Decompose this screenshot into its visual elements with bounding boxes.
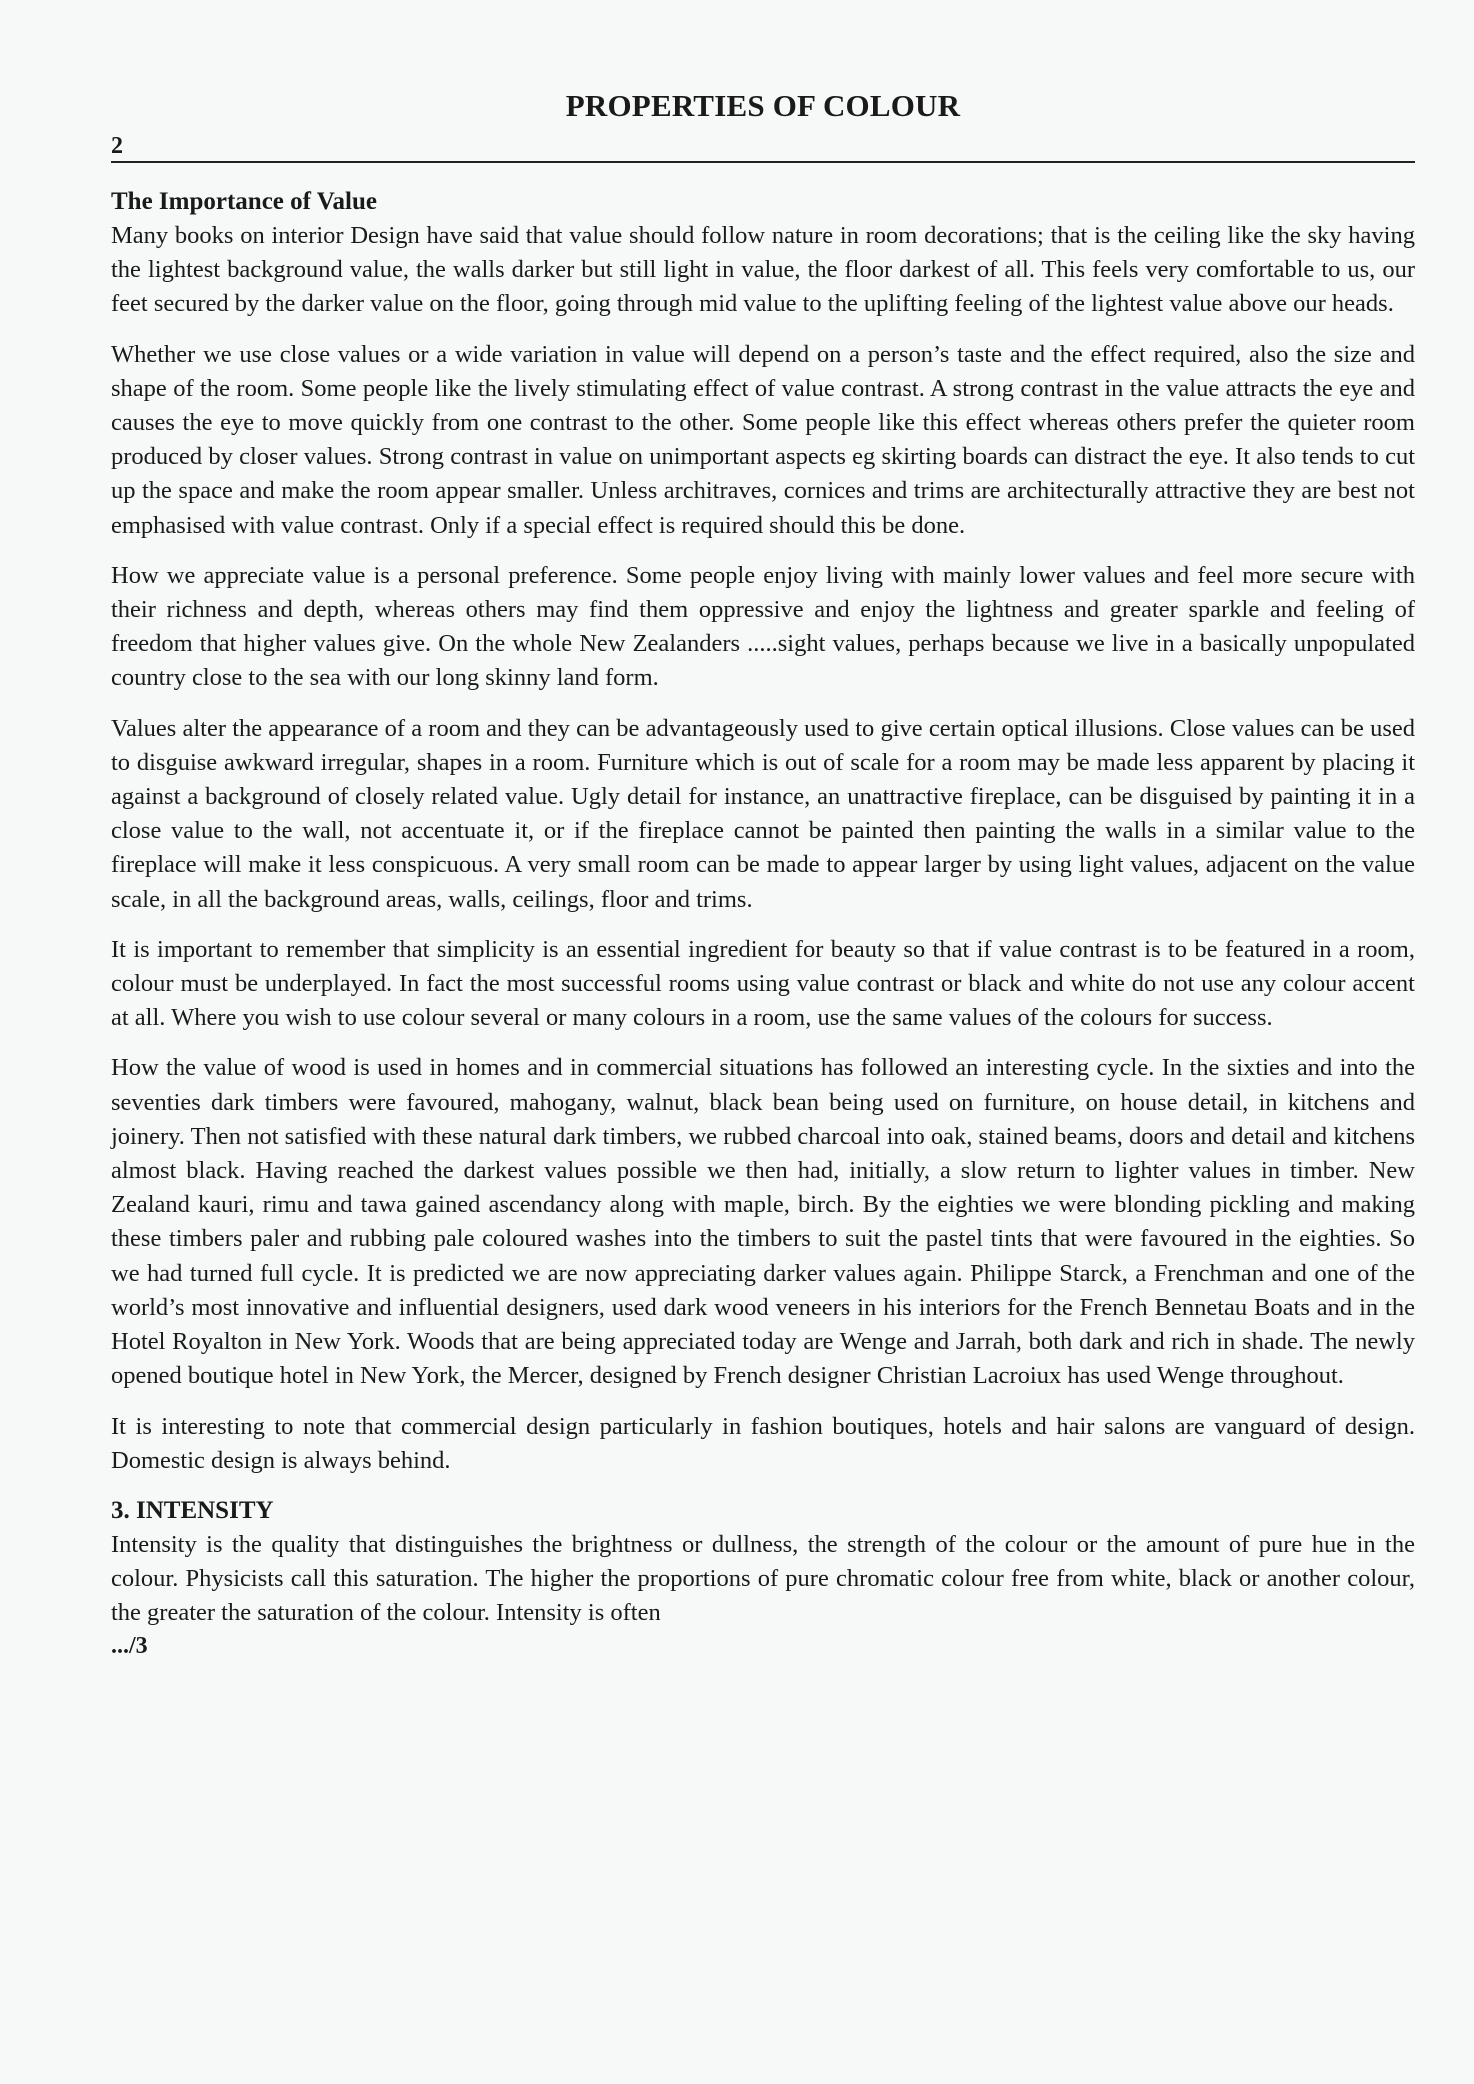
continuation-marker: .../3: [111, 1631, 1415, 1661]
paragraph: Intensity is the quality that distinguis…: [111, 1528, 1415, 1631]
header-rule: [111, 161, 1415, 163]
section-intensity: 3. INTENSITY Intensity is the quality th…: [111, 1494, 1415, 1631]
section-importance-of-value: The Importance of Value Many books on in…: [111, 185, 1415, 1478]
page-content: The Importance of Value Many books on in…: [111, 185, 1415, 1661]
paragraph: Many books on interior Design have said …: [111, 219, 1415, 322]
paragraph: How the value of wood is used in homes a…: [111, 1051, 1415, 1393]
paragraph: Whether we use close values or a wide va…: [111, 338, 1415, 543]
paragraph: It is important to remember that simplic…: [111, 933, 1415, 1036]
section-heading: 3. INTENSITY: [111, 1494, 1415, 1528]
paragraph: How we appreciate value is a personal pr…: [111, 559, 1415, 696]
paragraph: It is interesting to note that commercia…: [111, 1410, 1415, 1478]
paragraph: Values alter the appearance of a room an…: [111, 712, 1415, 917]
page-number: 2: [111, 132, 123, 160]
running-title: PROPERTIES OF COLOUR: [111, 88, 1415, 124]
section-heading: The Importance of Value: [111, 185, 1415, 219]
